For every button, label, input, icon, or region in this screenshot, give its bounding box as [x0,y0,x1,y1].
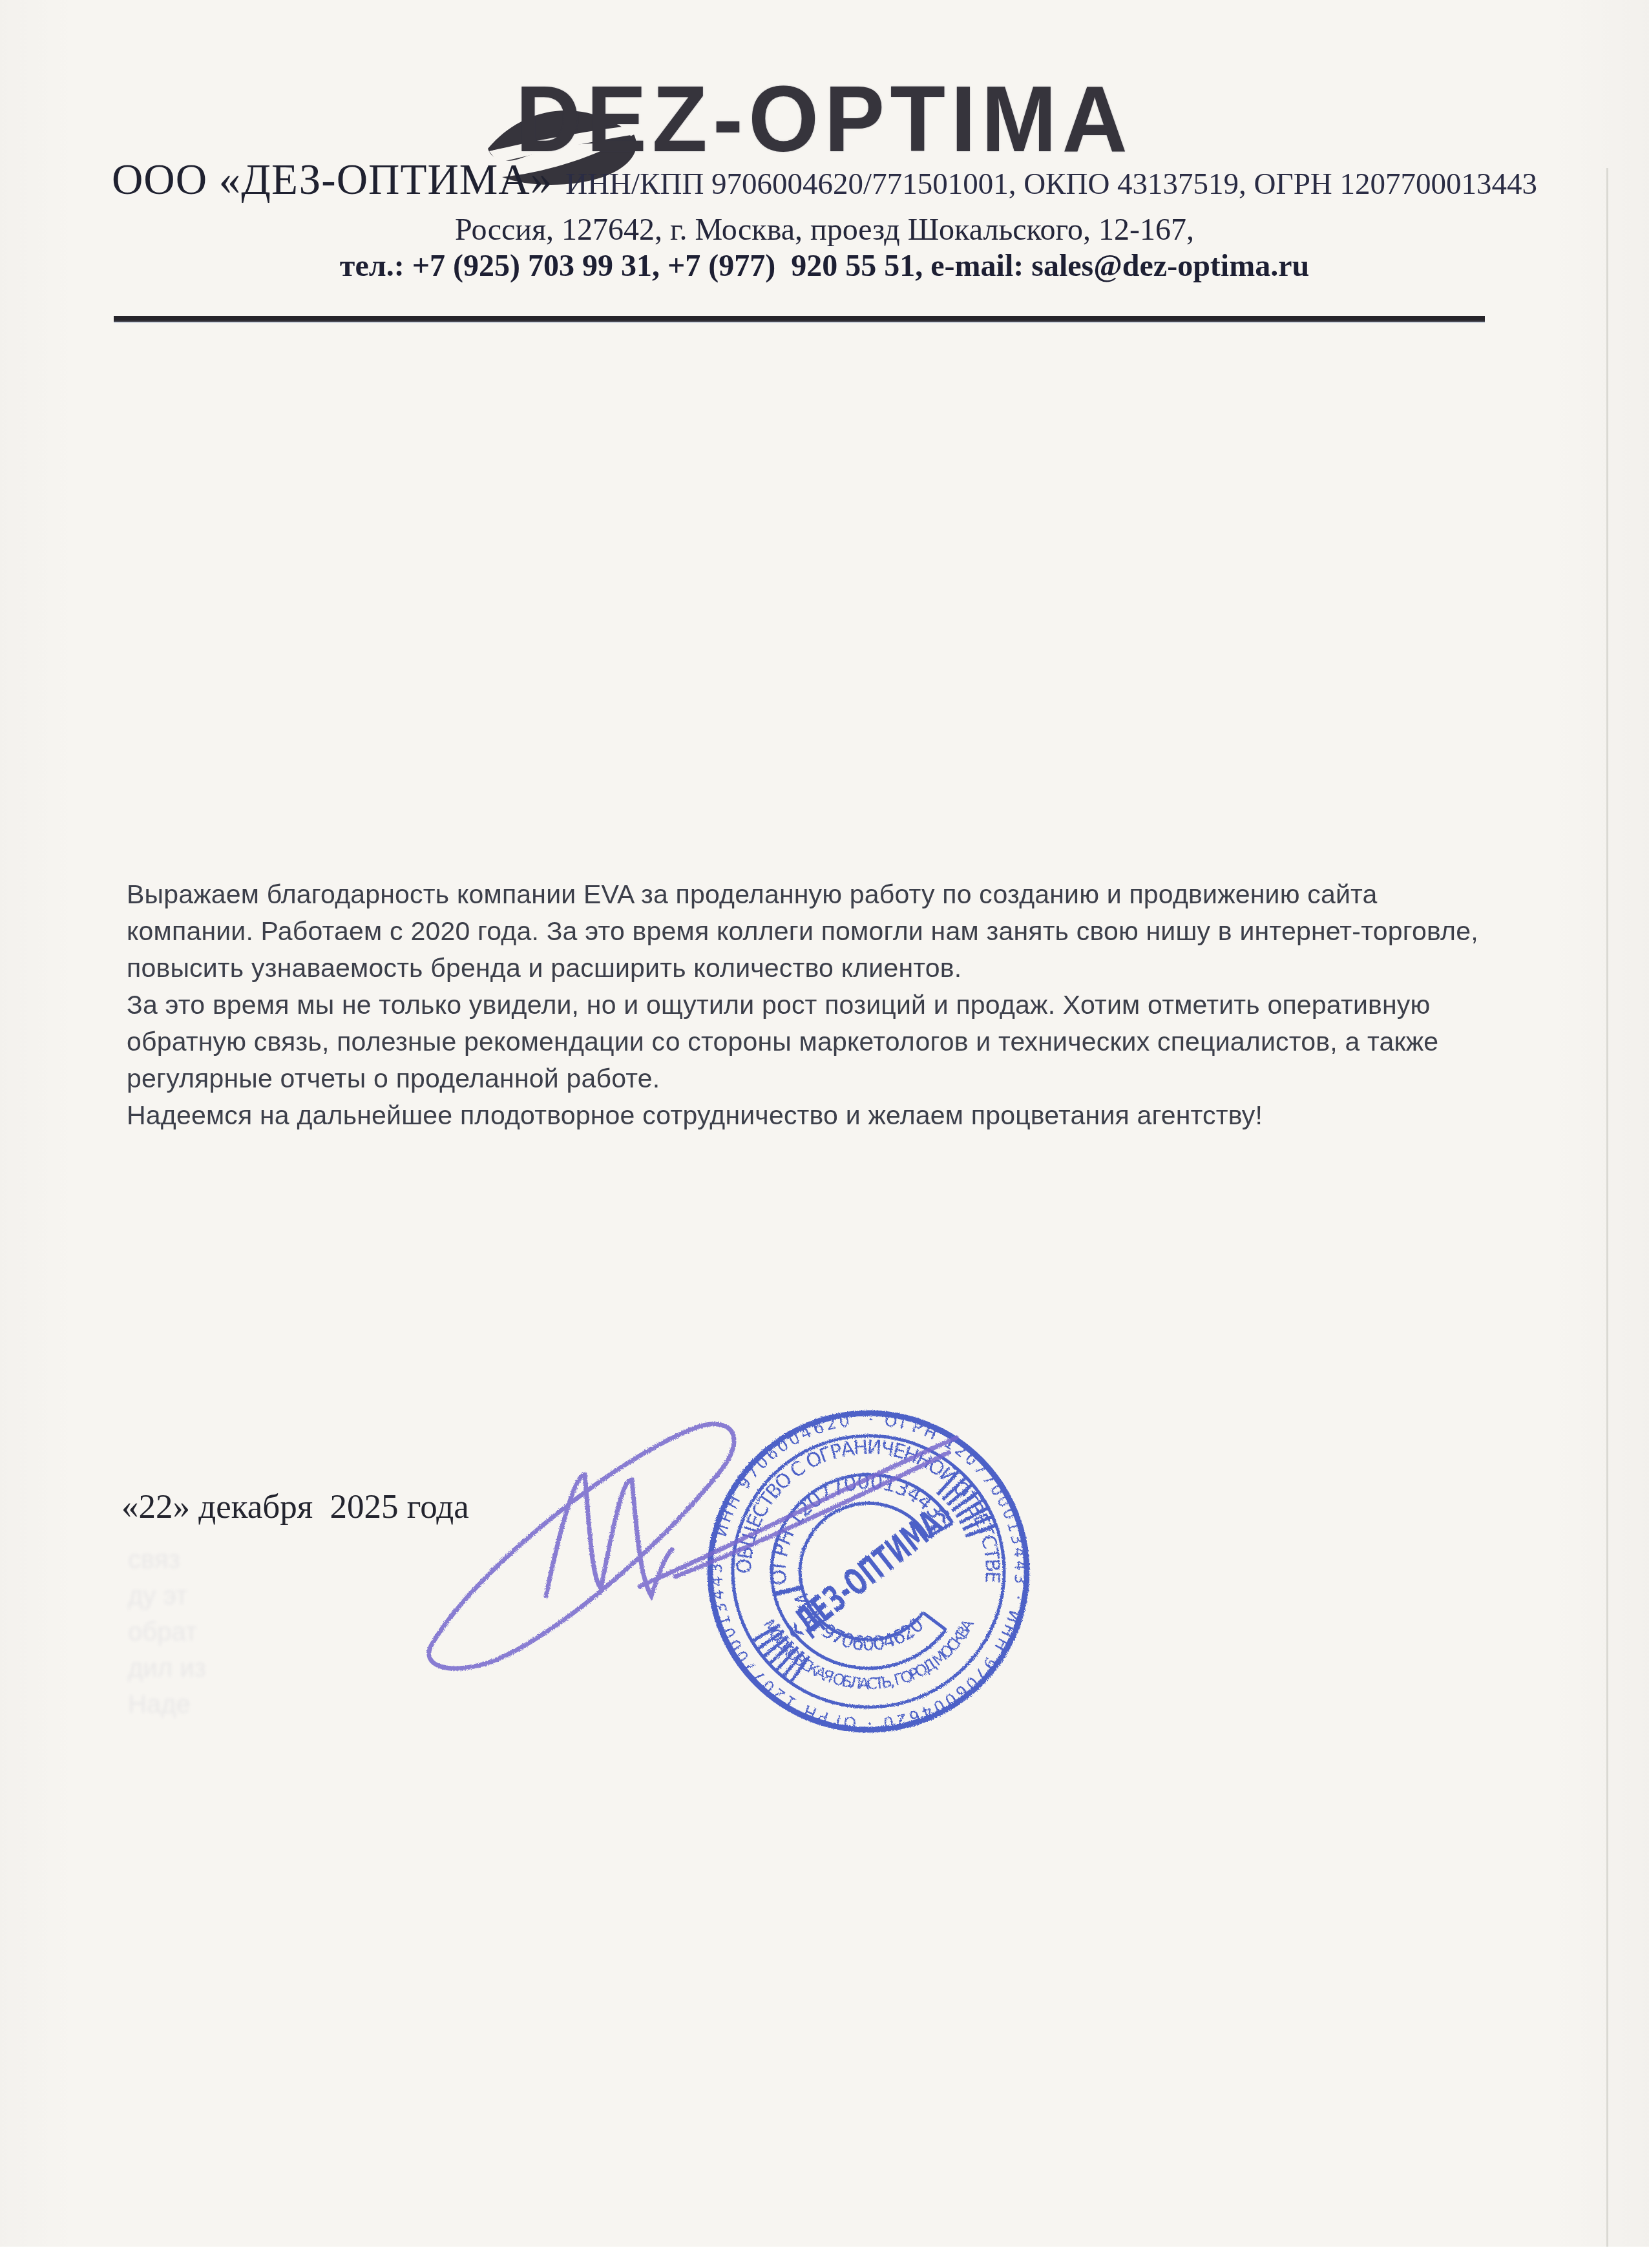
bleed-through-fragment: Наде [128,1690,191,1719]
bleed-through-fragment: дил из [128,1654,206,1683]
body-line: регулярные отчеты о проделанной работе. [127,1060,1548,1097]
bleed-through-fragment: обрат [128,1618,197,1647]
handwritten-signature [388,1383,982,1680]
body-line: Надеемся на дальнейшее плодотворное сотр… [127,1097,1548,1134]
bleed-through-fragment: связ [128,1546,180,1575]
scan-crease-line [1606,168,1608,2247]
company-logo: DEZ-OPTIMA [0,70,1649,167]
company-name: ООО «ДЕЗ-ОПТИМА» [112,155,552,205]
company-contacts: тел.: +7 (925) 703 99 31, +7 (977) 920 5… [0,248,1649,284]
bleed-through-fragment: ду эт [128,1582,187,1611]
header-divider [114,316,1485,322]
scanned-letter-page: DEZ-OPTIMA ООО «ДЕЗ-ОПТИМА» ИНН/КПП 9706… [0,0,1649,2247]
header-company-line: ООО «ДЕЗ-ОПТИМА» ИНН/КПП 9706004620/7715… [0,155,1649,205]
body-line: обратную связь, полезные рекомендации со… [127,1024,1548,1060]
letter-body: Выражаем благодарность компании EVA за п… [127,876,1548,1134]
body-line: Выражаем благодарность компании EVA за п… [127,876,1548,913]
body-line: повысить узнаваемость бренда и расширить… [127,950,1548,987]
company-registration-details: ИНН/КПП 9706004620/771501001, ОКПО 43137… [565,167,1537,202]
body-line: За это время мы не только увидели, но и … [127,987,1548,1024]
company-address: Россия, 127642, г. Москва, проезд Шокаль… [0,212,1649,247]
body-line: компании. Работаем с 2020 года. За это в… [127,913,1548,950]
